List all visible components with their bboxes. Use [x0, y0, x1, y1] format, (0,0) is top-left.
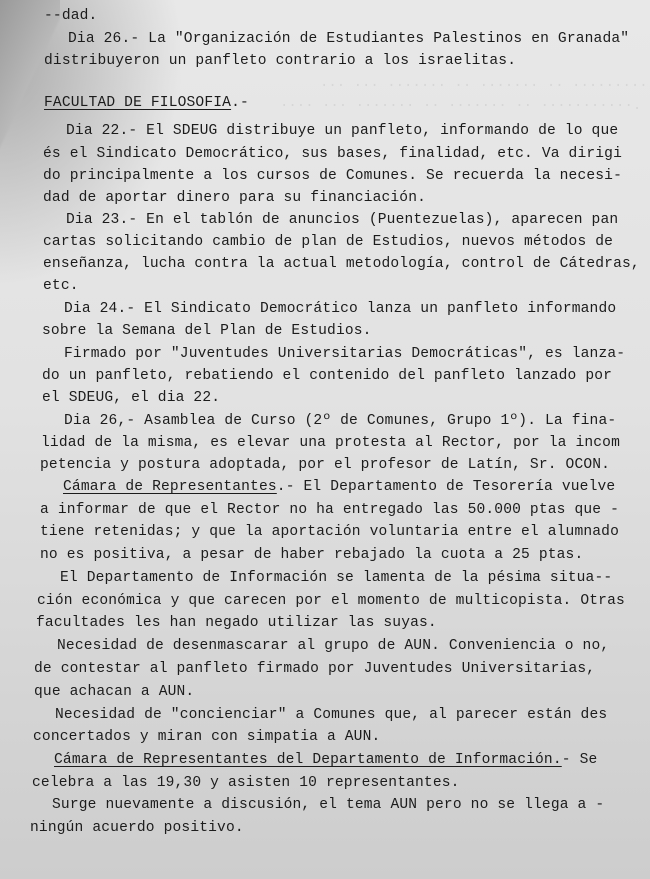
- text-line: facultades les han negado utilizar las s…: [36, 615, 437, 631]
- text-line: do un panfleto, rebatiendo el contenido …: [42, 368, 612, 384]
- text-line: Necesidad de desenmascarar al grupo de A…: [57, 638, 609, 654]
- text-line: el SDEUG, el dia 22.: [42, 390, 220, 406]
- text-line: lidad de la misma, es elevar una protest…: [41, 435, 620, 451]
- bleed-through-text: ··· ··· ······· ·· ······· ·· ··········…: [320, 78, 650, 94]
- text-line: Necesidad de "concienciar" a Comunes que…: [55, 707, 607, 723]
- document-page: ··· ··· ······· ·· ······· ·· ··········…: [0, 0, 650, 879]
- text-line: distribuyeron un panfleto contrario a lo…: [44, 53, 516, 69]
- text-line: petencia y postura adoptada, por el prof…: [40, 457, 610, 473]
- text-line: no es positiva, a pesar de haber rebajad…: [40, 547, 583, 563]
- heading-suffix: .- El Departamento de Tesorería vuelve: [277, 479, 616, 495]
- text-line: do principalmente a los cursos de Comune…: [43, 168, 622, 184]
- text-line: Dia 26,- Asamblea de Curso (2º de Comune…: [64, 413, 616, 429]
- text-line: cartas solicitando cambio de plan de Est…: [43, 234, 613, 250]
- text-line: Surge nuevamente a discusión, el tema AU…: [52, 797, 604, 813]
- text-line: ningún acuerdo positivo.: [30, 820, 244, 836]
- text-line: Firmado por "Juventudes Universitarias D…: [64, 346, 625, 362]
- text-line: és el Sindicato Democrático, sus bases, …: [43, 146, 622, 162]
- text-line: dad de aportar dinero para su financiaci…: [43, 190, 426, 206]
- text-line: a informar de que el Rector no ha entreg…: [40, 502, 619, 518]
- text-line: Dia 23.- En el tablón de anuncios (Puent…: [66, 212, 618, 228]
- bleed-through-text: ···· ··· ······· ·· ······· ·· ·········…: [280, 98, 641, 114]
- text-line: enseñanza, lucha contra la actual metodo…: [43, 256, 640, 272]
- section-heading-camara: Cámara de Representantes.- El Departamen…: [63, 479, 615, 495]
- section-heading-facultad: FACULTAD DE FILOSOFIA.-: [44, 95, 249, 111]
- heading-text: Cámara de Representantes: [63, 479, 277, 495]
- text-line: de contestar al panfleto firmado por Juv…: [34, 661, 595, 677]
- text-line: etc.: [43, 278, 79, 294]
- text-line: Dia 24.- El Sindicato Democrático lanza …: [64, 301, 616, 317]
- text-line: El Departamento de Información se lament…: [60, 570, 612, 586]
- text-line: Dia 22.- El SDEUG distribuye un panfleto…: [66, 123, 618, 139]
- text-line: --dad.: [44, 8, 97, 24]
- text-line: Dia 26.- La "Organización de Estudiantes…: [68, 31, 629, 47]
- heading-suffix: - Se: [562, 752, 598, 768]
- heading-text: Cámara de Representantes del Departament…: [54, 752, 562, 768]
- text-line: que achacan a AUN.: [34, 684, 194, 700]
- text-line: sobre la Semana del Plan de Estudios.: [42, 323, 372, 339]
- section-heading-camara-informacion: Cámara de Representantes del Departament…: [54, 752, 597, 768]
- text-line: concertados y miran con simpatia a AUN.: [33, 729, 380, 745]
- heading-text: FACULTAD DE FILOSOFIA: [44, 95, 231, 111]
- text-line: ción económica y que carecen por el mome…: [37, 593, 625, 609]
- text-line: tiene retenidas; y que la aportación vol…: [40, 524, 619, 540]
- heading-suffix: .-: [231, 95, 249, 111]
- text-line: celebra a las 19,30 y asisten 10 represe…: [32, 775, 460, 791]
